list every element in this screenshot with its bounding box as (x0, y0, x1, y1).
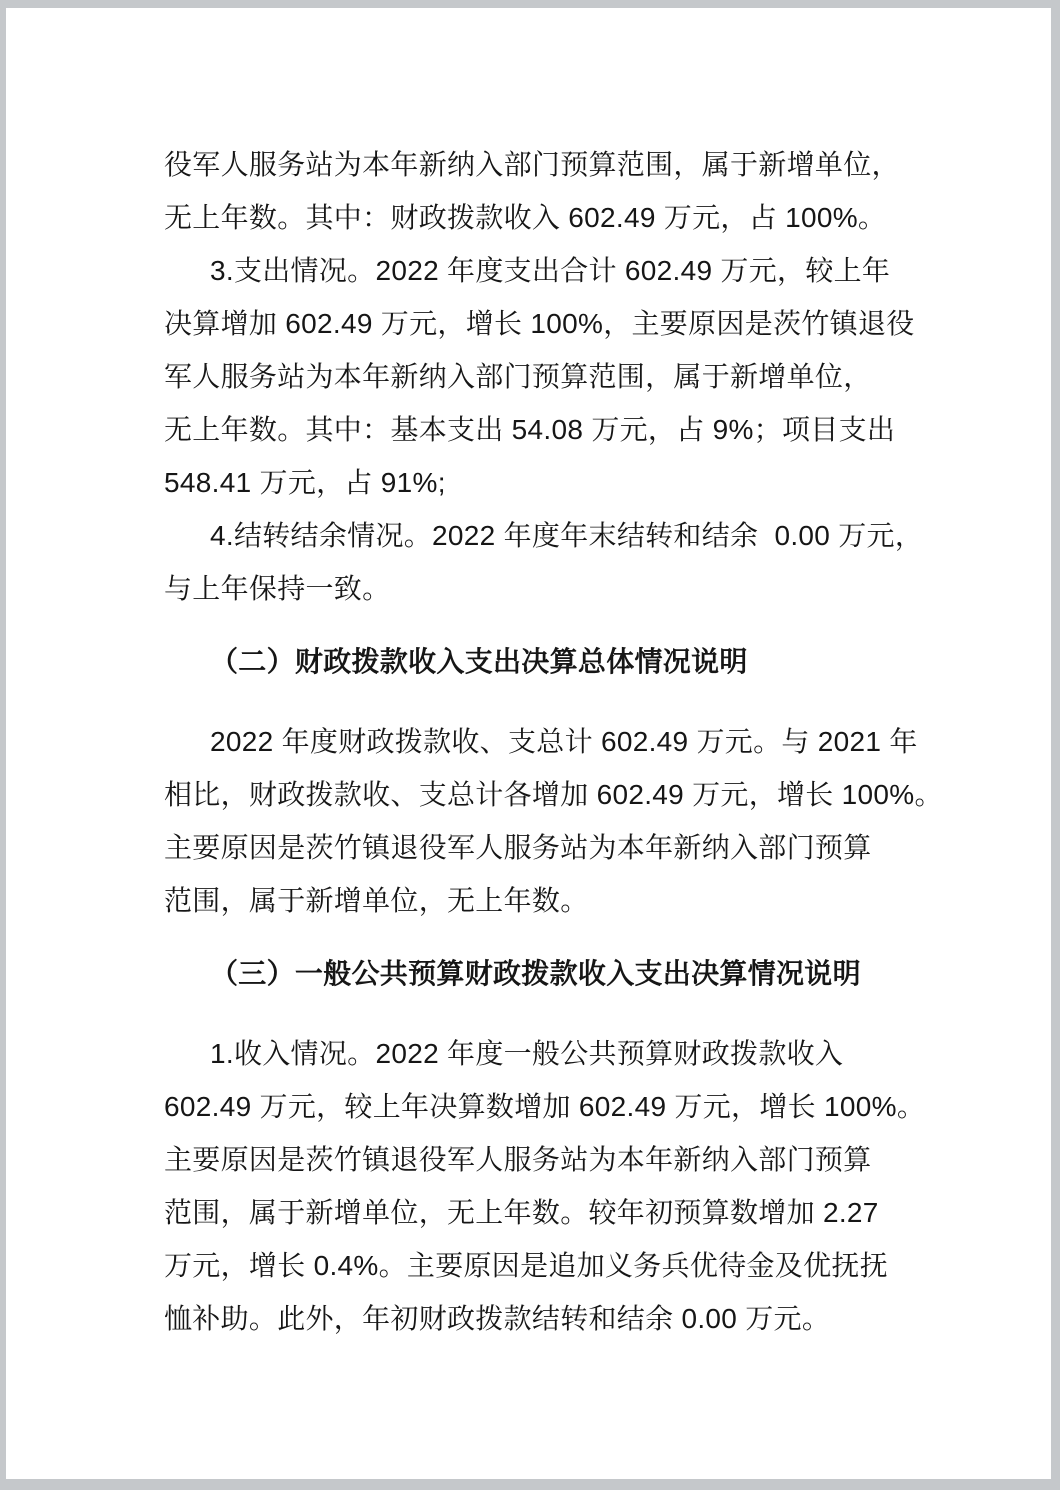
text-line: 范围，属于新增单位，无上年数。较年初预算数增加 2.27 (164, 1186, 909, 1239)
document-body: 役军人服务站为本年新纳入部门预算范围，属于新增单位，无上年数。其中：财政拨款收入… (6, 8, 1051, 1345)
text-line: 范围，属于新增单位，无上年数。 (164, 874, 909, 927)
text-line: 无上年数。其中：基本支出 54.08 万元，占 9%；项目支出 (164, 403, 909, 456)
text-line: 万元，增长 0.4%。主要原因是追加义务兵优待金及优抚抚 (164, 1239, 909, 1292)
text-line: 役军人服务站为本年新纳入部门预算范围，属于新增单位， (164, 138, 909, 191)
text-line: 548.41 万元，占 91%; (164, 456, 909, 509)
section-heading: （二）财政拨款收入支出决算总体情况说明 (164, 635, 909, 688)
text-line: 4.结转结余情况。2022 年度年末结转和结余 0.00 万元， (164, 509, 909, 562)
text-line: 军人服务站为本年新纳入部门预算范围，属于新增单位， (164, 350, 909, 403)
text-line: 主要原因是茨竹镇退役军人服务站为本年新纳入部门预算 (164, 1133, 909, 1186)
text-line: 无上年数。其中：财政拨款收入 602.49 万元，占 100%。 (164, 191, 909, 244)
text-line: 与上年保持一致。 (164, 562, 909, 615)
text-line: 相比，财政拨款收、支总计各增加 602.49 万元，增长 100%。 (164, 768, 909, 821)
document-page: 役军人服务站为本年新纳入部门预算范围，属于新增单位，无上年数。其中：财政拨款收入… (6, 8, 1051, 1479)
text-line: 2022 年度财政拨款收、支总计 602.49 万元。与 2021 年 (164, 715, 909, 768)
text-line: 602.49 万元，较上年决算数增加 602.49 万元，增长 100%。 (164, 1080, 909, 1133)
text-line: 主要原因是茨竹镇退役军人服务站为本年新纳入部门预算 (164, 821, 909, 874)
section-heading: （三）一般公共预算财政拨款收入支出决算情况说明 (164, 947, 909, 1000)
text-line: 1.收入情况。2022 年度一般公共预算财政拨款收入 (164, 1027, 909, 1080)
text-line: 3.支出情况。2022 年度支出合计 602.49 万元，较上年 (164, 244, 909, 297)
text-line: 恤补助。此外，年初财政拨款结转和结余 0.00 万元。 (164, 1292, 909, 1345)
text-line: 决算增加 602.49 万元，增长 100%，主要原因是茨竹镇退役 (164, 297, 909, 350)
